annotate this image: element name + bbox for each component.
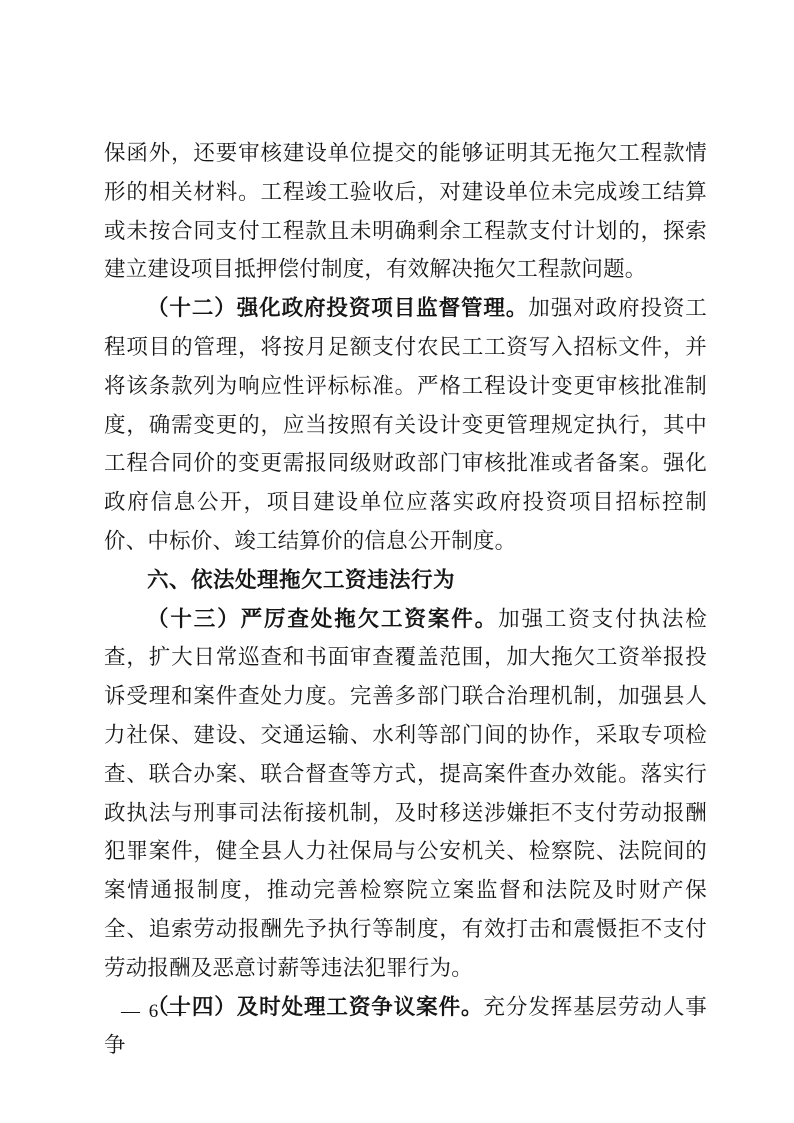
paragraph-item-14: （十四）及时处理工资争议案件。充分发挥基层劳动人事争 [104, 988, 707, 1066]
page-number-footer: — 6 — [121, 1000, 188, 1024]
paragraph-text: 保函外，还要审核建设单位提交的能够证明其无拖欠工程款情形的相关材料。工程竣工验收… [104, 141, 707, 281]
paragraph-continuation: 保函外，还要审核建设单位提交的能够证明其无拖欠工程款情形的相关材料。工程竣工验收… [104, 134, 707, 289]
paragraph-lead: （十四）及时处理工资争议案件。 [147, 995, 483, 1019]
paragraph-lead: （十三）严厉查处拖欠工资案件。 [147, 607, 498, 631]
document-body: 保函外，还要审核建设单位提交的能够证明其无拖欠工程款情形的相关材料。工程竣工验收… [104, 134, 707, 1065]
paragraph-text: 加强工资支付执法检查，扩大日常巡查和书面审查覆盖范围，加大拖欠工资举报投诉受理和… [104, 607, 707, 980]
document-page: 保函外，还要审核建设单位提交的能够证明其无拖欠工程款情形的相关材料。工程竣工验收… [0, 0, 794, 1123]
section-heading-6: 六、依法处理拖欠工资违法行为 [104, 561, 707, 600]
paragraph-item-13: （十三）严厉查处拖欠工资案件。加强工资支付执法检查，扩大日常巡查和书面审查覆盖范… [104, 600, 707, 988]
paragraph-lead: （十二）强化政府投资项目监督管理。 [147, 296, 528, 320]
paragraph-item-12: （十二）强化政府投资项目监督管理。加强对政府投资工程项目的管理，将按月足额支付农… [104, 289, 707, 561]
paragraph-text: 加强对政府投资工程项目的管理，将按月足额支付农民工工资写入招标文件，并将该条款列… [104, 296, 707, 553]
section-heading-text: 六、依法处理拖欠工资违法行为 [147, 568, 455, 592]
